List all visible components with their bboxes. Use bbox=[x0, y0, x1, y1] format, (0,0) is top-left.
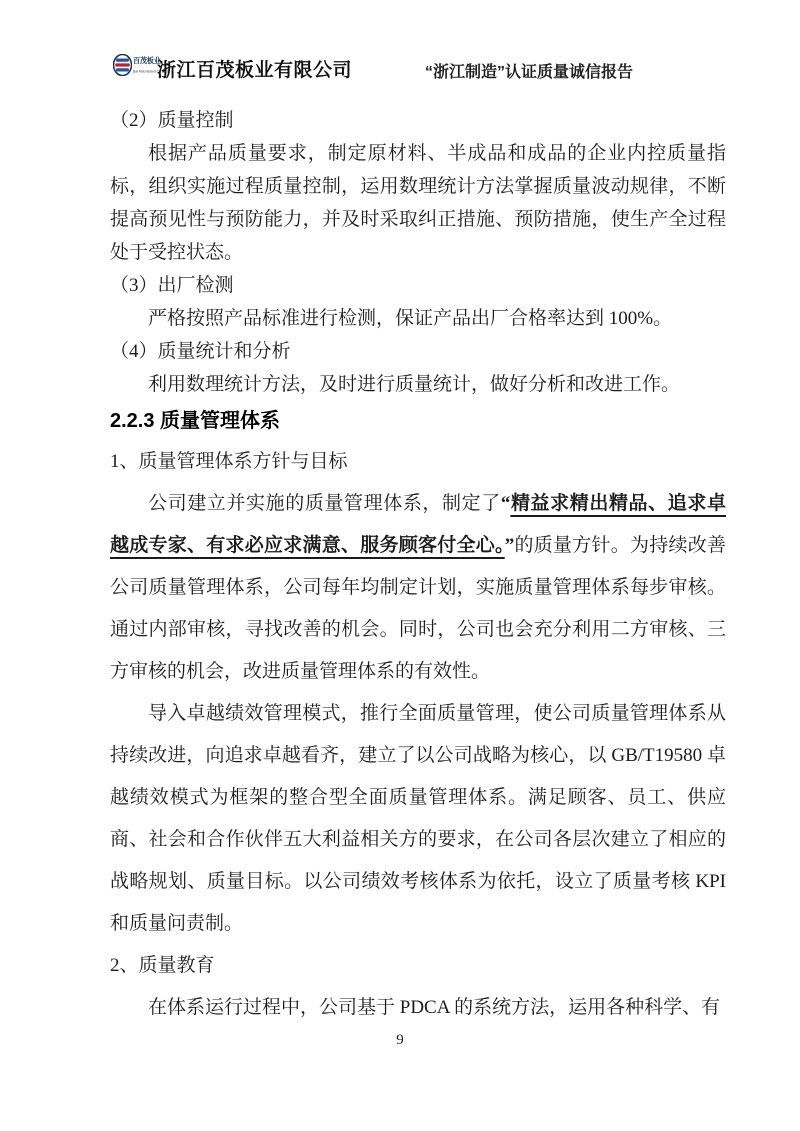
list-item-quality-education: 2、质量教育 bbox=[110, 945, 726, 987]
paragraph-factory-inspection: 严格按照产品标准进行检测，保证产品出厂合格率达到 100%。 bbox=[110, 302, 726, 335]
company-name: 浙江百茂板业有限公司 bbox=[157, 58, 352, 84]
paragraph-quality-statistics: 利用数理统计方法，及时进行质量统计，做好分析和改进工作。 bbox=[110, 368, 726, 401]
page-number: 9 bbox=[396, 1032, 404, 1048]
list-item-policy-and-goals: 1、质量管理体系方针与目标 bbox=[110, 441, 726, 483]
document-page: 百茂板业 Bai Mao Board Co.,Ltd. 浙江百茂板业有限公司 “… bbox=[0, 0, 800, 1131]
paragraph-quality-policy: 公司建立并实施的质量管理体系，制定了“精益求精出精品、追求卓越成专家、有求必应求… bbox=[110, 483, 726, 693]
paragraph-quality-education: 在体系运行过程中，公司基于 PDCA 的系统方法，运用各种科学、有 bbox=[110, 987, 726, 1029]
policy-text-segment: “ bbox=[501, 493, 511, 514]
paragraph-performance-excellence: 导入卓越绩效管理模式，推行全面质量管理，使公司质量管理体系从持续改进，向追求卓越… bbox=[110, 693, 726, 945]
report-title: “浙江制造”认证质量诚信报告 bbox=[425, 62, 633, 84]
logo-cn-text: 百茂板业 bbox=[133, 57, 157, 64]
striped-globe-logo-icon bbox=[113, 54, 132, 76]
item-label-quality-statistics: （4）质量统计和分析 bbox=[110, 335, 726, 368]
page-header: 百茂板业 Bai Mao Board Co.,Ltd. 浙江百茂板业有限公司 “… bbox=[113, 50, 726, 94]
policy-text-segment: 公司建立并实施的质量管理体系，制定了 bbox=[148, 493, 501, 514]
page-footer: 9 bbox=[0, 1030, 800, 1050]
policy-text-segment: 的质量方针。为持续改善公司质量管理体系，公司每年均制定计划，实施质量管理体系每步… bbox=[110, 535, 726, 682]
section-heading-quality-management-system: 2.2.3 质量管理体系 bbox=[110, 401, 726, 441]
item-label-quality-control: （2）质量控制 bbox=[110, 104, 726, 137]
item-label-factory-inspection: （3）出厂检测 bbox=[110, 269, 726, 302]
document-body: （2）质量控制根据产品质量要求，制定原材料、半成品和成品的企业内控质量指标，组织… bbox=[110, 104, 726, 1029]
logo-en-text: Bai Mao Board Co.,Ltd. bbox=[133, 70, 148, 73]
paragraph-quality-control: 根据产品质量要求，制定原材料、半成品和成品的企业内控质量指标，组织实施过程质量控… bbox=[110, 137, 726, 269]
policy-text-segment: ” bbox=[505, 535, 515, 556]
